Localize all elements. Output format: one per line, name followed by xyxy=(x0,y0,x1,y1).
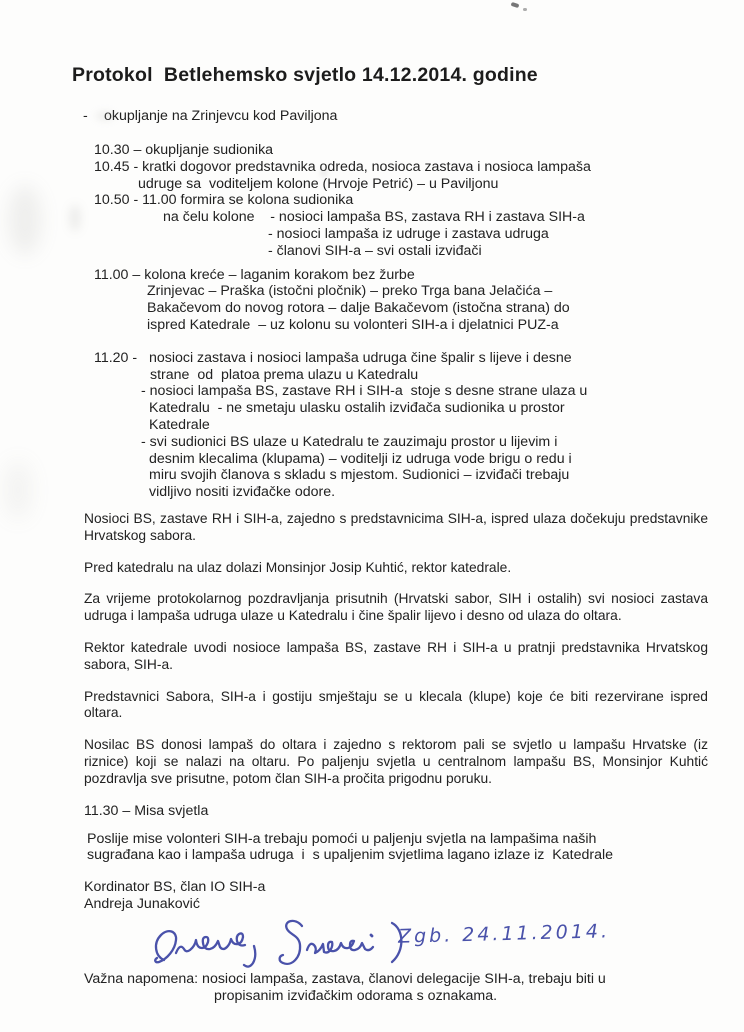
schedule-line: na čelu kolone - nosioci lampaša BS, zas… xyxy=(163,209,744,226)
document-title: Protokol Betlehemsko svjetlo 14.12.2014.… xyxy=(72,64,744,87)
intro-text: okupljanje na Zrinjevcu kod Paviljona xyxy=(104,108,337,124)
schedule-line: - svi sudionici BS ulaze u Katedralu te … xyxy=(141,434,744,451)
paragraph-line: Poslije mise volonteri SIH-a trebaju pom… xyxy=(87,831,744,848)
schedule-line: vidljivo nositi izviđačke odore. xyxy=(149,484,744,501)
schedule-line: desnim klecalima (klupama) – voditelji i… xyxy=(149,451,744,468)
scan-artifact xyxy=(523,8,527,11)
schedule-line: ispred Katedrale – uz kolonu su volonter… xyxy=(147,317,744,334)
schedule-line: 11.00 – kolona kreće – laganim korakom b… xyxy=(94,267,744,284)
schedule-line: 10.45 - kratki dogovor predstavnika odre… xyxy=(94,159,744,176)
schedule-line: Zrinjevac – Praška (istočni pločnik) – p… xyxy=(147,283,744,300)
schedule-line: strane od platoa prema ulazu u Katedralu xyxy=(150,367,744,384)
footer-note: Važna napomena: nosioci lampaša, zastava… xyxy=(0,971,744,1005)
schedule-line: 10.30 – okupljanje sudionika xyxy=(94,142,744,159)
paragraph: Nosioci BS, zastave RH i SIH-a, zajedno … xyxy=(84,511,708,545)
schedule-block: 10.30 – okupljanje sudionika 10.45 - kra… xyxy=(0,142,744,501)
paragraph-line: sugrađana kao i lampaša udruga i s upalj… xyxy=(87,847,744,864)
schedule-line: udruge sa voditeljem kolone (Hrvoje Petr… xyxy=(138,176,744,193)
schedule-line: - nosioci lampaša iz udruge i zastava ud… xyxy=(268,226,744,243)
footer-note-line: propisanim izviđačkim odorama s oznakama… xyxy=(214,988,744,1005)
signature-row: Zgb. 24.11.2014. xyxy=(150,913,744,969)
scan-artifact xyxy=(511,2,520,8)
schedule-line: 11.20 - nosioci zastava i nosioci lampaš… xyxy=(94,350,744,367)
paragraph: Nosilac BS donosi lampaš do oltara i zaj… xyxy=(84,737,708,787)
schedule-line: - članovi SIH-a – svi ostali izviđači xyxy=(268,243,744,260)
footer-note-line: Važna napomena: nosioci lampaša, zastava… xyxy=(84,971,744,988)
schedule-line: Katedrale xyxy=(149,417,744,434)
schedule-line: miru svojih članova s skladu s mjestom. … xyxy=(149,467,744,484)
intro-bullet-line: -okupljanje na Zrinjevcu kod Paviljona xyxy=(83,108,744,124)
paragraph: Pred katedralu na ulaz dolazi Monsinjor … xyxy=(84,560,708,577)
schedule-line: Katedralu - ne smetaju ulasku ostalih iz… xyxy=(149,400,744,417)
handwritten-date: Zgb. 24.11.2014. xyxy=(398,921,611,949)
signoff-name: Andreja Junaković xyxy=(84,896,744,913)
schedule-line: Bakačevom do novog rotora – dalje Bakače… xyxy=(147,300,744,317)
signoff-block: Kordinator BS, član IO SIH-a Andreja Jun… xyxy=(84,879,744,913)
bullet-dash: - xyxy=(83,108,104,124)
paragraph: Za vrijeme protokolarnog pozdravljanja p… xyxy=(84,591,708,625)
schedule-line-misa: 11.30 – Misa svjetla xyxy=(84,803,744,819)
scanned-document-page: Protokol Betlehemsko svjetlo 14.12.2014.… xyxy=(0,0,744,1032)
paragraph: Rektor katedrale uvodi nosioce lampaša B… xyxy=(84,640,708,674)
signoff-role: Kordinator BS, član IO SIH-a xyxy=(84,879,744,896)
schedule-line: 10.50 - 11.00 formira se kolona sudionik… xyxy=(94,192,744,209)
paragraph: Predstavnici Sabora, SIH-a i gostiju smj… xyxy=(84,689,708,723)
body-paragraphs: Nosioci BS, zastave RH i SIH-a, zajedno … xyxy=(84,511,708,788)
after-misa-paragraph: Poslije mise volonteri SIH-a trebaju pom… xyxy=(87,831,744,865)
schedule-line: - nosioci lampaša BS, zastave RH i SIH-a… xyxy=(141,383,744,400)
